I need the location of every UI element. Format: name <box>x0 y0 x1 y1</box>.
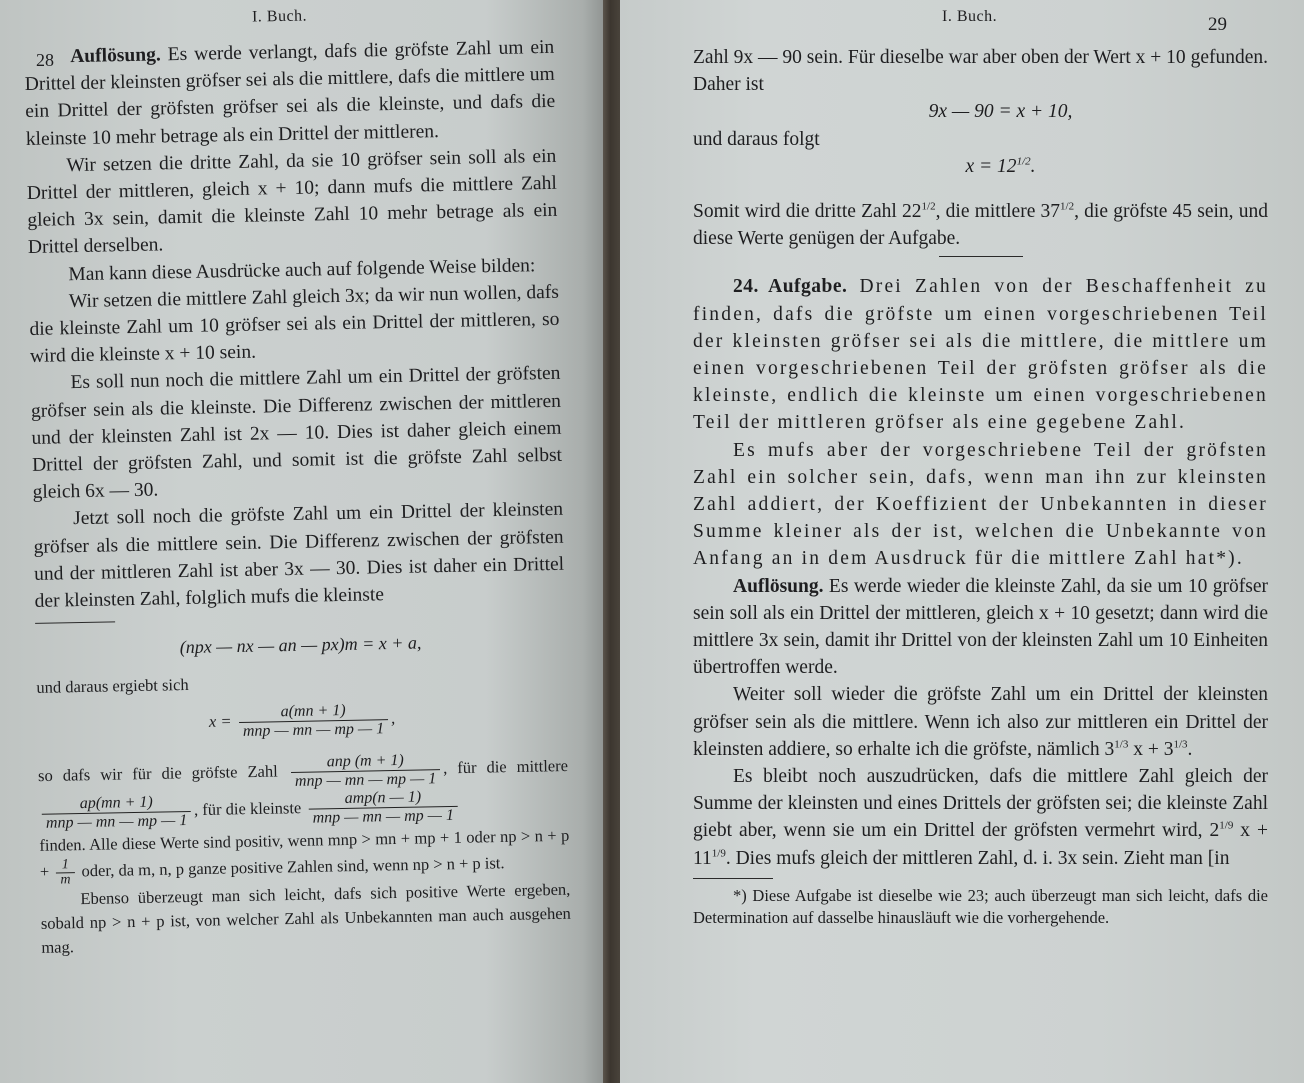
right-page-body: Zahl 9x — 90 sein. Für dieselbe war aber… <box>693 44 1268 929</box>
fraction-smallest: amp(n — 1)mnp — mn — mp — 1 <box>308 788 458 828</box>
equation-9x: 9x — 90 = x + 10, <box>733 98 1268 125</box>
paragraph-2: Wir setzen die dritte Zahl, da sie 10 gr… <box>26 143 558 262</box>
problem-heading: 24. Aufgabe. <box>733 276 847 297</box>
book-gutter <box>603 0 621 1083</box>
paragraph-condition: Es mufs aber der vorgeschriebene Teil de… <box>693 437 1268 573</box>
paragraph-weiter: Weiter soll wieder die gröfste Zahl um e… <box>693 681 1268 763</box>
paragraph-aufloesung: Auflösung. Es werde verlangt, dafs die g… <box>24 34 556 153</box>
aufloesung-lead-right: Auflösung. <box>733 576 824 597</box>
equation-npx: (npx — nx — an — px)m = x + a, <box>35 628 565 662</box>
footnote-divider-right <box>693 878 773 879</box>
footnote-text-1: und daraus ergiebt sich <box>36 666 566 700</box>
footnote-text-2: so dafs wir für die gröfste Zahl anp (m … <box>38 749 569 833</box>
footnote-text-4: Ebenso überzeugt man sich leicht, dafs s… <box>40 878 571 960</box>
paragraph-4: Wir setzen die mittlere Zahl gleich 3x; … <box>29 279 560 371</box>
fraction-one-over-m: 1m <box>56 858 75 887</box>
equation-x-12-half: x = 121/2. <box>733 153 1268 180</box>
paragraph-daraus-folgt: und daraus folgt <box>693 126 1268 153</box>
footnote-text-3: finden. Alle diese Werte sind positiv, w… <box>39 823 570 888</box>
aufloesung-lead: Auflösung. <box>70 44 161 67</box>
page-number-right: 29 <box>1208 14 1227 36</box>
footnote-divider-left <box>35 622 115 625</box>
paragraph-5: Es soll nun noch die mittlere Zahl um ei… <box>30 360 563 506</box>
paragraph-zahl-9x: Zahl 9x — 90 sein. Für dieselbe war aber… <box>693 44 1268 98</box>
right-page: I. Buch. 29 Zahl 9x — 90 sein. Für diese… <box>620 0 1304 1083</box>
paragraph-es-bleibt: Es bleibt noch auszudrücken, dafs die mi… <box>693 763 1268 872</box>
running-head-left: I. Buch. <box>252 8 307 27</box>
footnote-left: (npx — nx — an — px)m = x + a, und darau… <box>35 628 571 960</box>
paragraph-aufgabe-24: 24. Aufgabe. Drei Zahlen von der Beschaf… <box>693 273 1268 436</box>
left-page: I. Buch. 28 Auflösung. Es werde verlangt… <box>0 0 607 1083</box>
footnote-right: *) Diese Aufgabe ist dieselbe wie 23; au… <box>693 885 1268 929</box>
book-spread: I. Buch. 28 Auflösung. Es werde verlangt… <box>0 0 1304 1083</box>
fraction-middle: ap(mn + 1)mnp — mn — mp — 1 <box>41 793 191 833</box>
paragraph-somit: Somit wird die dritte Zahl 221/2, die mi… <box>693 198 1268 252</box>
left-page-body: Auflösung. Es werde verlangt, dafs die g… <box>24 34 571 960</box>
section-divider <box>939 256 1023 257</box>
fraction-largest: anp (m + 1)mnp — mn — mp — 1 <box>290 751 440 791</box>
paragraph-aufloesung-right: Auflösung. Es werde wieder die kleinste … <box>693 573 1268 682</box>
paragraph-6: Jetzt soll noch die gröfste Zahl um ein … <box>33 496 565 615</box>
running-head-right: I. Buch. <box>942 8 997 26</box>
equation-x-solution: x = a(mn + 1)mnp — mn — mp — 1, <box>37 698 568 745</box>
